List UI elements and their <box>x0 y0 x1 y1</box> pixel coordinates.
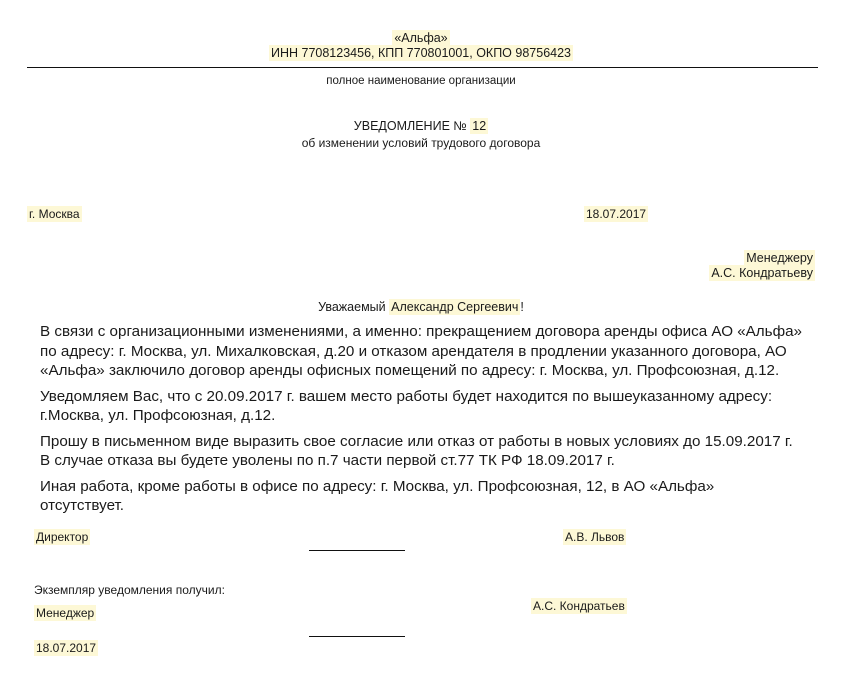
greeting-prefix: Уважаемый <box>318 300 386 314</box>
signatory-position: Директор <box>34 529 90 545</box>
receipt-label: Экземпляр уведомления получил: <box>34 583 225 597</box>
organization-codes: ИНН 7708123456, КПП 770801001, ОКПО 9875… <box>269 45 573 61</box>
organization-name-row: «Альфа» <box>0 31 842 45</box>
document-title-label: УВЕДОМЛЕНИЕ № <box>354 119 467 133</box>
signatory-position-field: Директор <box>34 530 90 544</box>
addressee-position: Менеджеру <box>744 250 815 266</box>
recipient-name-field: А.С. Кондратьев <box>531 599 627 613</box>
body-paragraph: В связи с организационными изменениями, … <box>40 322 830 381</box>
document-date-field: 18.07.2017 <box>584 207 648 221</box>
addressee-name: А.С. Кондратьеву <box>709 265 815 281</box>
body-paragraph: Прошу в письменном виде выразить свое со… <box>40 432 830 471</box>
notice-body: В связи с организационными изменениями, … <box>40 322 830 522</box>
receipt-date: 18.07.2017 <box>34 640 98 656</box>
recipient-position-field: Менеджер <box>34 606 96 620</box>
header-divider <box>27 67 818 68</box>
organization-caption: полное наименование организации <box>0 75 842 87</box>
organization-name: «Альфа» <box>392 30 449 46</box>
document-date-value: 18.07.2017 <box>584 206 648 222</box>
city-value: г. Москва <box>27 206 82 222</box>
greeting: Уважаемый Александр Сергеевич! <box>0 300 842 314</box>
addressee-name-field: А.С. Кондратьеву <box>709 266 815 280</box>
greeting-suffix: ! <box>520 300 523 314</box>
recipient-signature-line <box>309 636 405 637</box>
signatory-name-field: А.В. Львов <box>563 530 626 544</box>
organization-codes-row: ИНН 7708123456, КПП 770801001, ОКПО 9875… <box>0 46 842 60</box>
greeting-name: Александр Сергеевич <box>389 299 520 315</box>
document-subtitle: об изменении условий трудового договора <box>0 136 842 150</box>
signatory-signature-line <box>309 550 405 551</box>
signatory-name: А.В. Львов <box>563 529 626 545</box>
document-number: 12 <box>470 118 488 134</box>
city-field: г. Москва <box>27 207 82 221</box>
document-title: УВЕДОМЛЕНИЕ № 12 <box>0 119 842 133</box>
body-paragraph: Уведомляем Вас, что с 20.09.2017 г. ваше… <box>40 387 830 426</box>
recipient-position: Менеджер <box>34 605 96 621</box>
recipient-name: А.С. Кондратьев <box>531 598 627 614</box>
addressee-position-field: Менеджеру <box>744 251 815 265</box>
body-paragraph: Иная работа, кроме работы в офисе по адр… <box>40 477 830 516</box>
receipt-date-field: 18.07.2017 <box>34 641 98 655</box>
